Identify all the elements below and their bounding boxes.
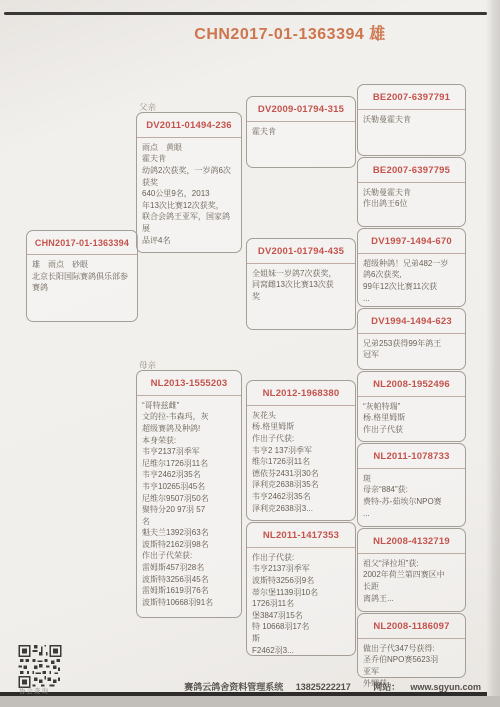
ring-number: BE2007-6397791 xyxy=(358,85,465,110)
pigeon-details: 超级种鸽！兄弟482一岁 鸽6次获奖, 99年12次比赛11次获 ... xyxy=(358,254,465,308)
pigeon-details: 霍夫肯 xyxy=(247,122,355,142)
ring-number: DV2009-01794-315 xyxy=(247,97,355,122)
pigeon-details: 沃勒曼霍夫肯 作出鸽王6位 xyxy=(358,183,465,214)
ring-number: BE2007-6397795 xyxy=(358,158,465,183)
great-grandparent-box: DV1997-1494-670 超级种鸽！兄弟482一岁 鸽6次获奖, 99年1… xyxy=(357,228,466,307)
great-grandparent-box: DV1994-1494-623 兄弟253获得99年鸽王 冠军 xyxy=(357,308,466,370)
great-grandparent-box: BE2007-6397795 沃勒曼霍夫肯 作出鸽王6位 xyxy=(357,157,466,227)
pigeon-details: 兄弟253获得99年鸽王 冠军 xyxy=(358,334,465,365)
great-grandparent-box: NL2011-1078733 斑 母亲“884”获: 费特-苏-茹埃尔NPO赛 … xyxy=(357,443,466,527)
pigeon-details: 祖父“泽拉坦”获: 2002年荷兰第四赛区中 长距 离鸽王... xyxy=(358,554,465,608)
mother-details: “哥特兹雌” 文的拉-韦森玛，灰 超级赛鸽及种鸽! 本身荣获: 韦亨2137羽季… xyxy=(137,396,241,613)
top-rule xyxy=(4,12,487,15)
father-ring-number: DV2011-01494-236 xyxy=(137,113,241,138)
subject-details: 雄 雨点 砂眼 北京长阳国际赛鸽俱乐部参 赛鸽 xyxy=(27,255,137,298)
ring-number: NL2012-1968380 xyxy=(247,381,355,406)
father-box: DV2011-01494-236 雨点 黄眼 霍夫肯 幼鸽2次获奖，一岁鸽6次 … xyxy=(136,112,242,253)
footer-site-label: 网站： xyxy=(373,682,400,692)
page-title: CHN2017-01-1363394 雄 xyxy=(60,21,500,44)
mother-ring-number: NL2013-1555203 xyxy=(137,371,241,396)
great-grandparent-box: NL2008-4132719 祖父“泽拉坦”获: 2002年荷兰第四赛区中 长距… xyxy=(357,528,466,612)
pigeon-details: 沃勒曼霍夫肯 xyxy=(358,110,465,130)
ring-number: NL2011-1078733 xyxy=(358,444,465,469)
pigeon-details: 灰花头 杨.格里姆斯 作出子代获: 韦亨2 137羽季军 维尔1726羽11名 … xyxy=(247,406,355,518)
pigeon-details: 全姐妹一岁鸽7次获奖， 同窝雌13次比赛13次获 奖 xyxy=(247,264,355,307)
pigeon-details: 斑 母亲“884”获: 费特-苏-茹埃尔NPO赛 ... xyxy=(358,469,465,523)
subject-ring-number: CHN2017-01-1363394 xyxy=(27,231,137,255)
ring-number: DV2001-01794-435 xyxy=(247,239,355,264)
grandparent-box: DV2009-01794-315 霍夫肯 xyxy=(246,96,356,168)
footer-phone: 13825222217 xyxy=(296,682,351,692)
footer-system-name: 赛鸽云鸽舍资料管理系统 xyxy=(184,682,283,692)
father-details: 雨点 黄眼 霍夫肯 幼鸽2次获奖，一岁鸽6次 获奖 640公里9名，2013 年… xyxy=(137,138,241,250)
great-grandparent-box: NL2008-1186097 做出子代347号获得: 圣乔伯NPO赛5623羽 … xyxy=(357,613,466,678)
grandparent-box: NL2011-1417353 作出子代获: 韦亨2137羽季军 波斯特3256羽… xyxy=(246,522,356,656)
pigeon-details: 作出子代获: 韦亨2137羽季军 波斯特3256羽9名 蒂尔堡1139羽10名 … xyxy=(247,548,355,660)
ring-number: NL2008-1952496 xyxy=(358,372,465,397)
ring-number: NL2008-1186097 xyxy=(358,614,465,639)
footer-site: 网站：www.sgyun.com xyxy=(363,682,481,692)
ring-number: DV1997-1494-670 xyxy=(358,229,465,254)
great-grandparent-box: NL2008-1952496 “灰帕特瑞” 杨.格里姆斯 作出子代获 ... xyxy=(357,371,466,442)
footer-site-url: www.sgyun.com xyxy=(410,682,481,692)
subject-box: CHN2017-01-1363394 雄 雨点 砂眼 北京长阳国际赛鸽俱乐部参 … xyxy=(26,230,138,322)
scan-edge-shadow xyxy=(486,0,500,707)
ring-number: NL2008-4132719 xyxy=(358,529,465,554)
footer: 赛鸽云鸽舍资料管理系统 13825222217 网站：www.sgyun.com xyxy=(0,680,481,693)
ring-number: NL2011-1417353 xyxy=(247,523,355,548)
ring-number: DV1994-1494-623 xyxy=(358,309,465,334)
mother-box: NL2013-1555203 “哥特兹雌” 文的拉-韦森玛，灰 超级赛鸽及种鸽!… xyxy=(136,370,242,618)
grandparent-box: NL2012-1968380 灰花头 杨.格里姆斯 作出子代获: 韦亨2 137… xyxy=(246,380,356,521)
scan-edge-bottom xyxy=(0,696,500,707)
grandparent-box: DV2001-01794-435 全姐妹一岁鸽7次获奖， 同窝雌13次比赛13次… xyxy=(246,238,356,330)
great-grandparent-box: BE2007-6397791 沃勒曼霍夫肯 xyxy=(357,84,466,156)
